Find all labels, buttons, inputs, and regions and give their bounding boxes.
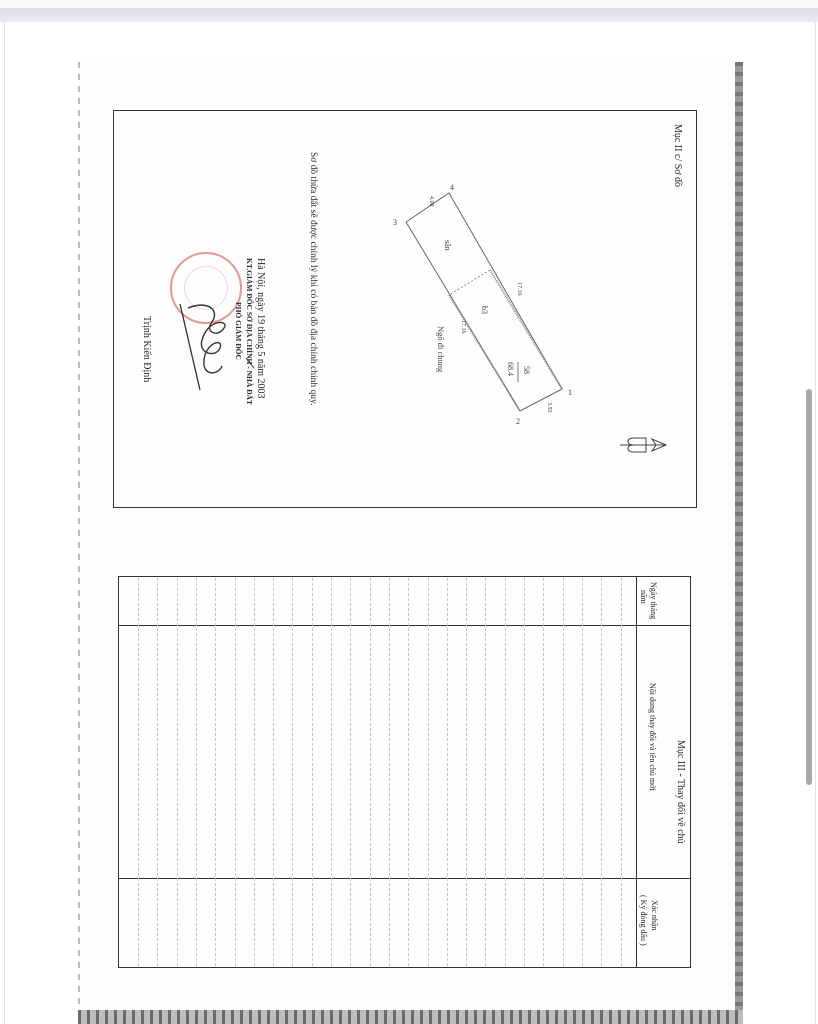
ruled-line [196, 578, 197, 966]
plot-diagram [380, 180, 600, 430]
ruled-line [408, 578, 409, 966]
parcel-number: 58 [522, 366, 531, 374]
col-header-content: Nội dung thay đổi và tên chủ mới [648, 683, 657, 791]
ruled-line [331, 578, 332, 966]
ruled-line [601, 578, 602, 966]
viewer-top-bar [0, 0, 818, 9]
section-iii-table [118, 576, 691, 968]
ruled-line [370, 578, 371, 966]
booklet-spine [735, 62, 743, 1022]
ruled-line [292, 578, 293, 966]
booklet-bottom-edge [78, 1010, 743, 1024]
edge-1-2-length: 3.92 [546, 402, 552, 413]
table-header-divider [636, 576, 637, 968]
ruled-line [524, 578, 525, 966]
table-col-divider-2 [118, 878, 691, 879]
ruled-line [447, 578, 448, 966]
corner-3: 3 [393, 218, 397, 227]
ruled-line [312, 578, 313, 966]
col-header-date-line2: năm [639, 590, 648, 604]
ruled-line [157, 578, 158, 966]
page-left-edge [78, 62, 80, 1012]
parcel-area: 68.4 [506, 362, 515, 376]
ruled-line [428, 578, 429, 966]
ruled-line [543, 578, 544, 966]
ruled-line [350, 578, 351, 966]
ruled-line [505, 578, 506, 966]
ruled-line [389, 578, 390, 966]
section-iii-title: Mục III - Thay đổi về chủ [675, 740, 686, 844]
zone-yard: sân [443, 240, 452, 251]
edge-3-4-length: 4.00 [428, 196, 434, 207]
signer-name: Trịnh Kiến Định [141, 316, 152, 382]
page-separator [0, 9, 818, 22]
ruled-line [215, 578, 216, 966]
col-header-confirm: Xác nhận [650, 900, 659, 930]
edge-top-length: 17.16 [516, 282, 522, 296]
edge-bottom-length: 17.16 [460, 320, 466, 334]
vertical-scrollbar[interactable] [806, 389, 812, 785]
plot-note: Sơ đồ thửa đất sẽ được chỉnh lý khi có b… [308, 152, 318, 406]
ruled-line [235, 578, 236, 966]
section-ii-title: Mục II c/ Sơ đồ [672, 124, 683, 187]
ruled-line [273, 578, 274, 966]
ruled-line [177, 578, 178, 966]
ruled-line [485, 578, 486, 966]
ruled-line [621, 578, 622, 966]
ruled-line [563, 578, 564, 966]
col-header-date: Ngày tháng [649, 582, 658, 619]
zone-building: b3 [480, 306, 489, 314]
north-arrow-icon [618, 430, 668, 460]
ruled-line [582, 578, 583, 966]
signature-title: PHÓ GIÁM ĐỐC [234, 302, 243, 360]
lane-label: Ngõ đi chung [436, 326, 446, 372]
corner-1: 1 [568, 388, 572, 397]
signature-org: KT.GIÁM ĐỐC SỞ ĐỊA CHÍNH - NHÀ ĐẤT [245, 258, 254, 405]
ruled-line [466, 578, 467, 966]
table-col-divider-1 [118, 625, 691, 626]
ruled-line [138, 578, 139, 966]
col-header-confirm-line2: ( Ký đóng dấu ) [639, 895, 648, 946]
signature-date: Hà Nội, ngày 19 tháng 5 năm 2003 [255, 258, 266, 399]
corner-4: 4 [450, 183, 454, 192]
corner-2: 2 [516, 417, 520, 426]
ruled-line [254, 578, 255, 966]
